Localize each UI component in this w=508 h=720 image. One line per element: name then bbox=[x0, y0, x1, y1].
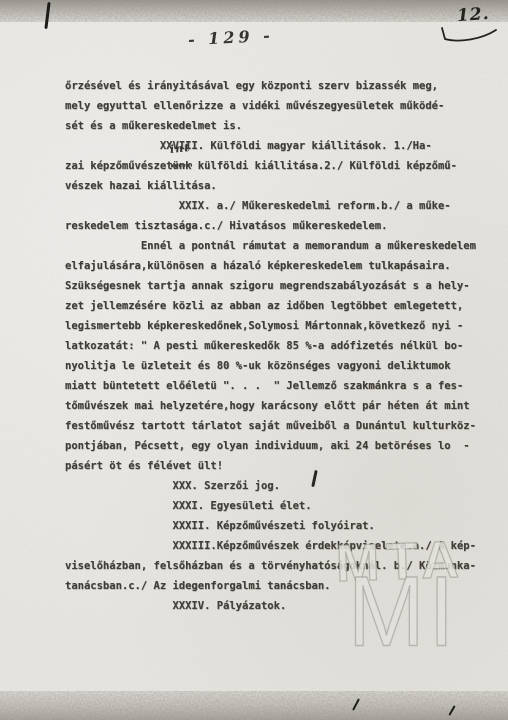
pen-slash-mark bbox=[448, 705, 455, 716]
text-line: XXXII. Képzőművészeti folyóirat. bbox=[65, 516, 476, 536]
text-line: vészek hazai kiállitása. bbox=[65, 176, 476, 196]
text-line: miatt büntetett előéletü ". . . " Jellem… bbox=[65, 376, 476, 396]
handwritten-page-number: - 129 - bbox=[188, 26, 275, 49]
text-line: tanácsban.c./ Az idegenforgalmi tanácsba… bbox=[65, 576, 476, 596]
text-line: elfajulására,különösen a házaló képkeres… bbox=[65, 256, 476, 276]
text-line: XXIX. a./ Műkereskedelmi reform.b./ a mű… bbox=[65, 196, 476, 216]
text-line: zai képzőművészetünkint külföldi kiállit… bbox=[65, 156, 476, 176]
text-line: XXXIV. Pályázatok. bbox=[65, 596, 476, 616]
text-line: latkozatát: " A pesti műkereskedők 85 %-… bbox=[65, 336, 476, 356]
handwritten-insert-note: int bbox=[170, 141, 192, 156]
text-line: Szükségesnek tartja annak szigoru megren… bbox=[65, 276, 476, 296]
text-line: reskedelem tisztasága.c./ Hivatásos műke… bbox=[65, 216, 476, 236]
text-line: pontjában, Pécsett, egy olyan individuum… bbox=[65, 436, 476, 456]
text-line: tőművészek mai helyzetére,hogy karácsony… bbox=[65, 396, 476, 416]
pen-underline-mark bbox=[438, 24, 500, 44]
text-line: XXVIII. Külföldi magyar kiállitások. 1./… bbox=[65, 136, 476, 156]
pen-stroke-mark bbox=[44, 2, 50, 29]
struck-out-text: ünkint bbox=[172, 156, 191, 176]
text-line: XXXI. Egyesületi élet. bbox=[65, 496, 476, 516]
scan-artifact-bottom-band bbox=[0, 692, 508, 720]
text-block: őrzésével és irányitásával egy központi … bbox=[65, 76, 476, 616]
handwritten-corner-label: 12. bbox=[457, 4, 491, 26]
text-line: sét és a műkereskedelmet is. bbox=[65, 116, 476, 136]
text-line: pásért öt és félévet ült! bbox=[65, 456, 476, 476]
text-line: mely egyuttal ellenőrizze a vidéki művés… bbox=[65, 96, 476, 116]
text-line: festőművész tartott tárlatot saját művei… bbox=[65, 416, 476, 436]
text-line: őrzésével és irányitásával egy központi … bbox=[65, 76, 476, 96]
text-line: viselőházban, felsőházban és a törvényha… bbox=[65, 556, 476, 576]
text-line: XXX. Szerzői jog. bbox=[65, 476, 476, 496]
text-line: XXXIII.Képzőművészek érdekképviselete.a.… bbox=[65, 536, 476, 556]
text-line: nyolitja le üzleteit és 80 %-uk közönség… bbox=[65, 356, 476, 376]
text-line: Ennél a pontnál rámutat a memorandum a m… bbox=[65, 236, 476, 256]
text-line: legismertebb képkereskedőnek,Solymosi Má… bbox=[65, 316, 476, 336]
scan-artifact-top-band bbox=[0, 0, 508, 22]
scanned-page: őrzésével és irányitásával egy központi … bbox=[0, 0, 508, 720]
pen-slash-mark bbox=[352, 698, 360, 710]
text-line: zet jellemzésére közli az abban az időbe… bbox=[65, 296, 476, 316]
